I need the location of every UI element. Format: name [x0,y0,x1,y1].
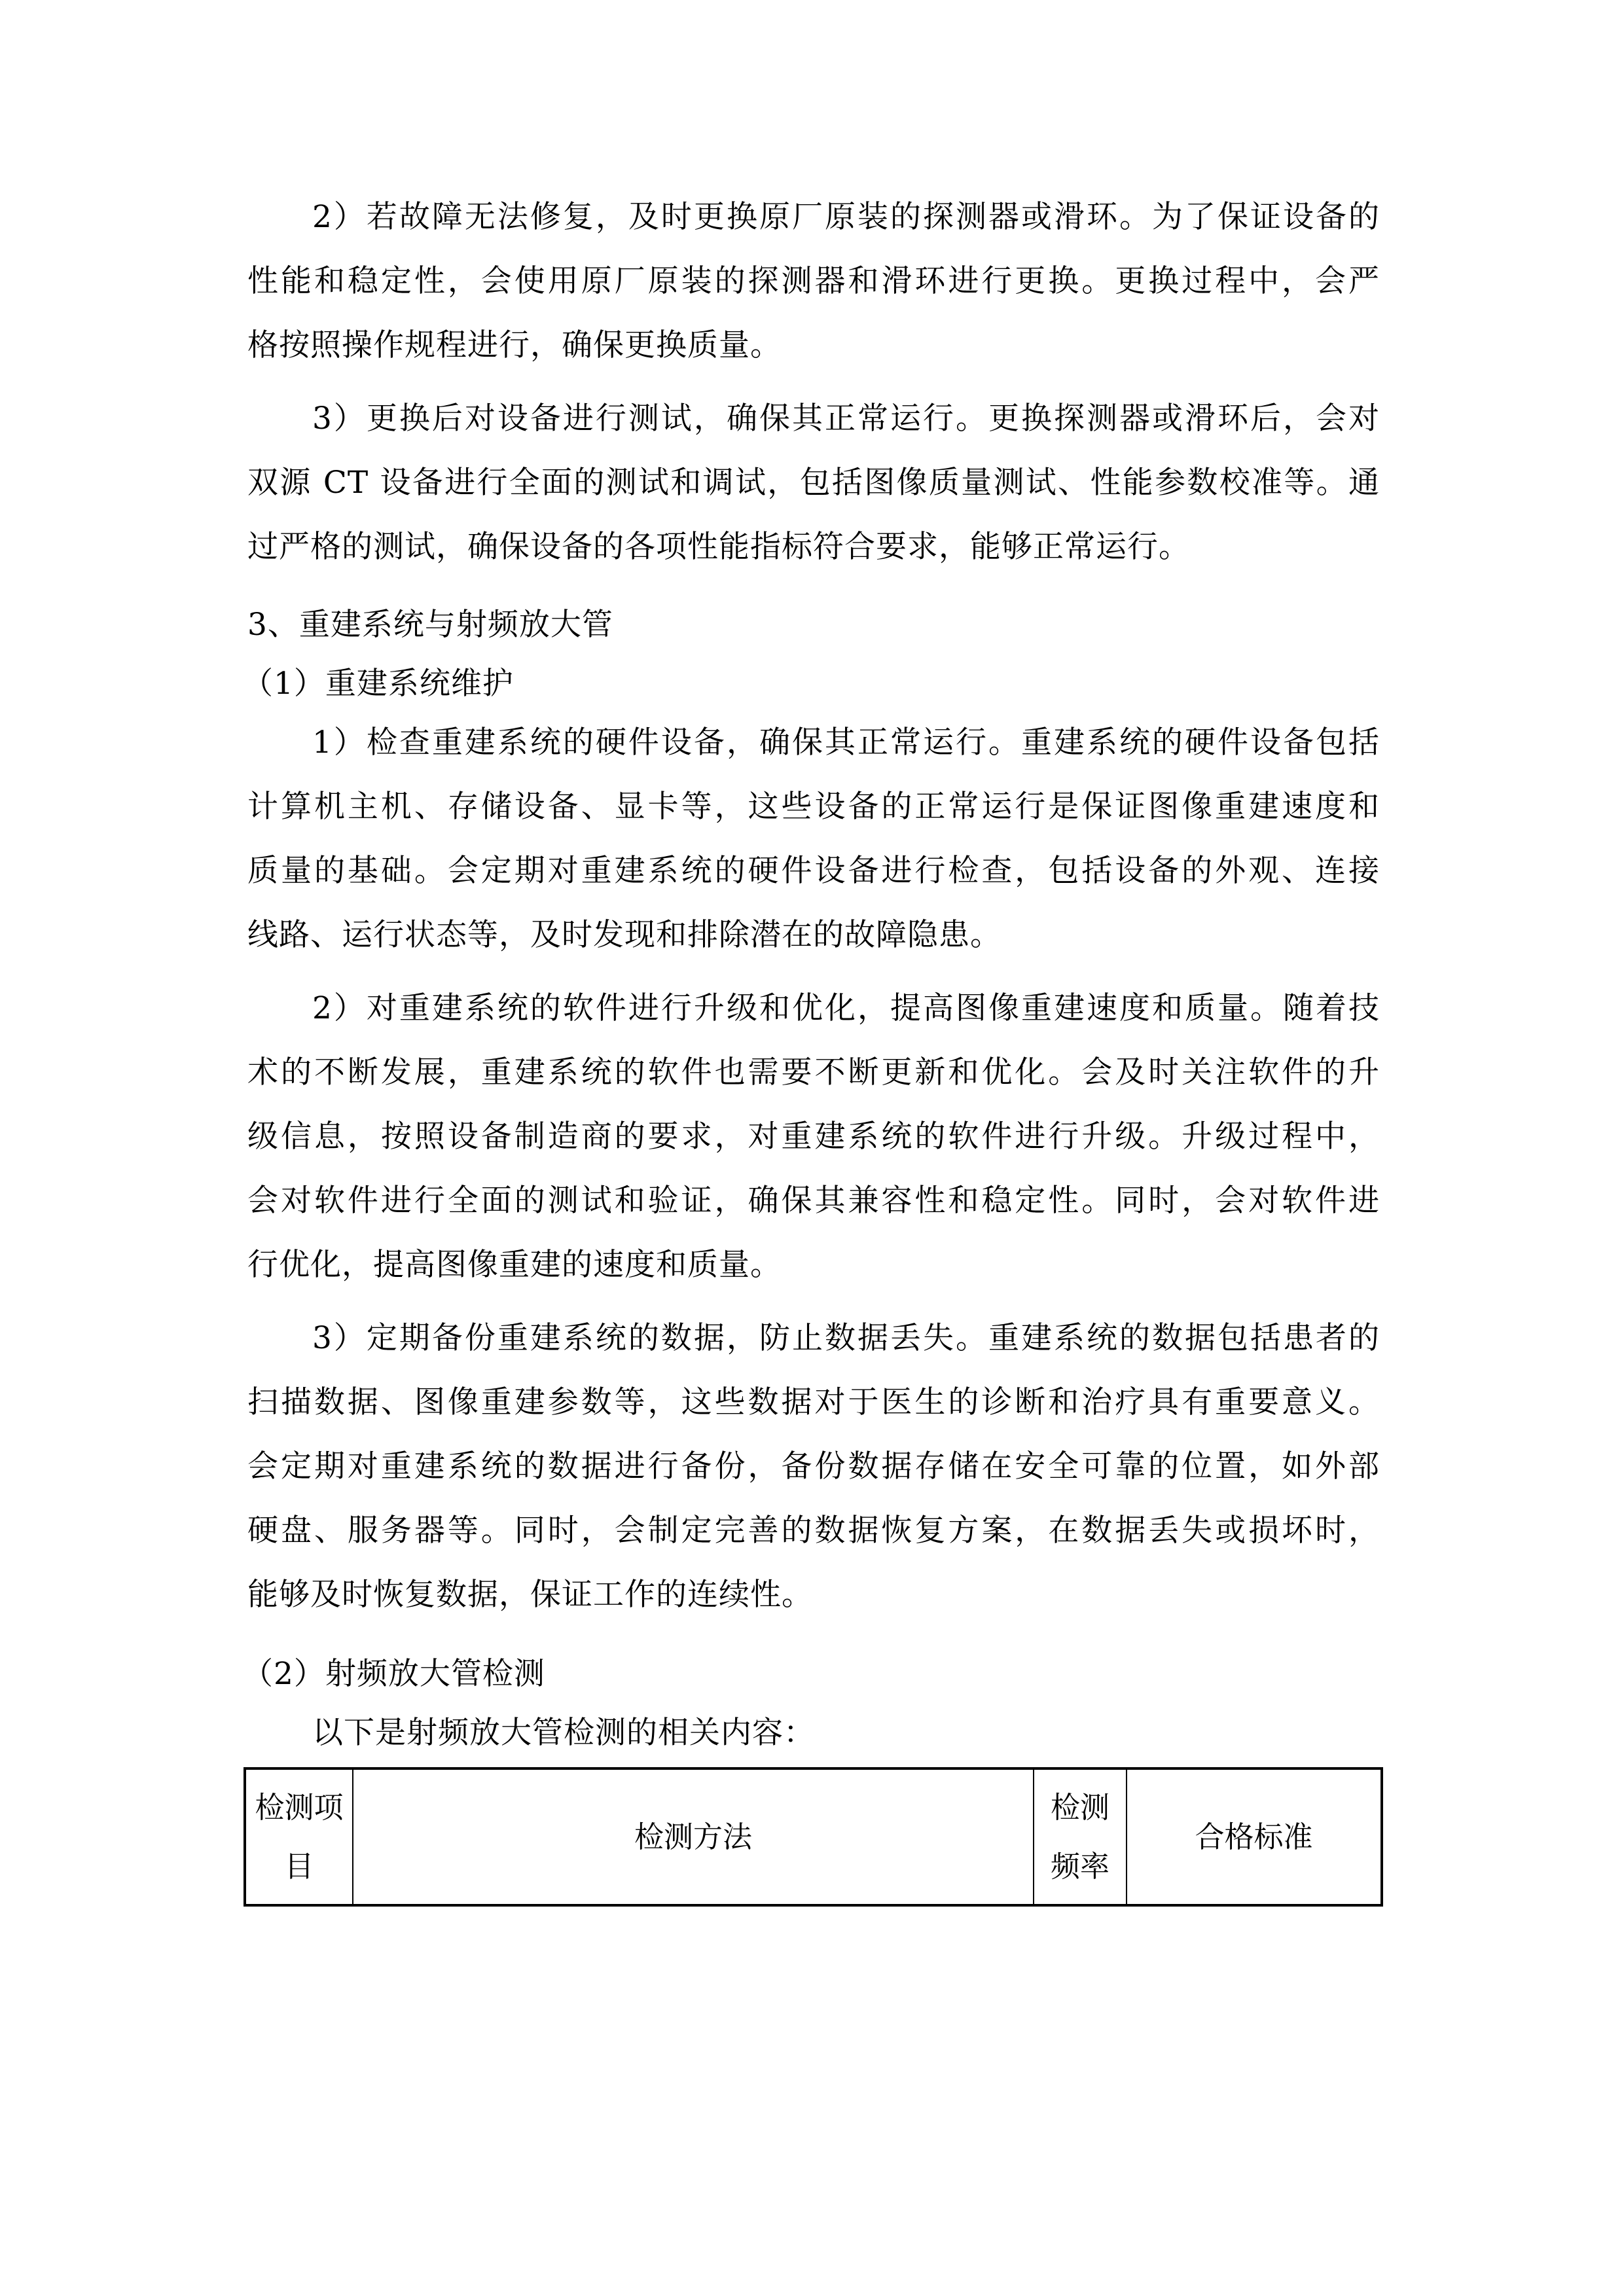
paragraph-line: 性能和稳定性，会使用原厂原装的探测器和滑环进行更换。更换过程中，会严 [247,262,1380,301]
paragraph-line: 质量的基础。会定期对重建系统的硬件设备进行检查，包括设备的外观、连接 [247,852,1380,891]
paragraph-line: 3）定期备份重建系统的数据，防止数据丢失。重建系统的数据包括患者的 [312,1319,1380,1358]
header-inspection-method: 检测方法 [353,1768,1034,1905]
paragraph-line: 2）若故障无法修复，及时更换原厂原装的探测器或滑环。为了保证设备的 [312,198,1380,237]
header-inspection-item: 检测项目 [245,1768,353,1905]
rf-amplifier-inspection-table: 检测项目 检测方法 检测频率 合格标准 [244,1767,1383,1907]
paragraph-line: 行优化，提高图像重建的速度和质量。 [247,1246,782,1285]
paragraph-line: 术的不断发展，重建系统的软件也需要不断更新和优化。会及时关注软件的升 [247,1053,1380,1092]
paragraph-line: 1）检查重建系统的硬件设备，确保其正常运行。重建系统的硬件设备包括 [312,723,1380,762]
subsection-heading: （2）射频放大管检测 [242,1655,545,1694]
paragraph-line: 会定期对重建系统的数据进行备份，备份数据存储在安全可靠的位置，如外部 [247,1447,1380,1486]
paragraph-line: 硬盘、服务器等。同时，会制定完善的数据恢复方案，在数据丢失或损坏时， [247,1511,1380,1551]
subsection-heading: （1）重建系统维护 [242,664,514,704]
header-inspection-frequency: 检测频率 [1034,1768,1127,1905]
paragraph-line: 计算机主机、存储设备、显卡等，这些设备的正常运行是保证图像重建速度和 [247,787,1380,827]
paragraph-line: 级信息，按照设备制造商的要求，对重建系统的软件进行升级。升级过程中， [247,1117,1380,1157]
paragraph-line: 能够及时恢复数据，保证工作的连续性。 [247,1575,813,1615]
table-intro: 以下是射频放大管检测的相关内容： [312,1713,815,1753]
paragraph-line: 会对软件进行全面的测试和验证，确保其兼容性和稳定性。同时，会对软件进 [247,1181,1380,1221]
paragraph-line: 双源 CT 设备进行全面的测试和调试，包括图像质量测试、性能参数校准等。通 [247,463,1380,503]
table-header-row: 检测项目 检测方法 检测频率 合格标准 [245,1768,1382,1905]
header-pass-criteria: 合格标准 [1127,1768,1382,1905]
paragraph-line: 3）更换后对设备进行测试，确保其正常运行。更换探测器或滑环后，会对 [312,399,1380,439]
section-heading: 3、重建系统与射频放大管 [247,605,613,645]
paragraph-line: 扫描数据、图像重建参数等，这些数据对于医生的诊断和治疗具有重要意义。 [247,1383,1380,1422]
paragraph-line: 过严格的测试，确保设备的各项性能指标符合要求，能够正常运行。 [247,528,1190,567]
paragraph-line: 线路、运行状态等，及时发现和排除潜在的故障隐患。 [247,916,1001,955]
paragraph-line: 格按照操作规程进行，确保更换质量。 [247,326,782,365]
paragraph-line: 2）对重建系统的软件进行升级和优化，提高图像重建速度和质量。随着技 [312,989,1380,1028]
